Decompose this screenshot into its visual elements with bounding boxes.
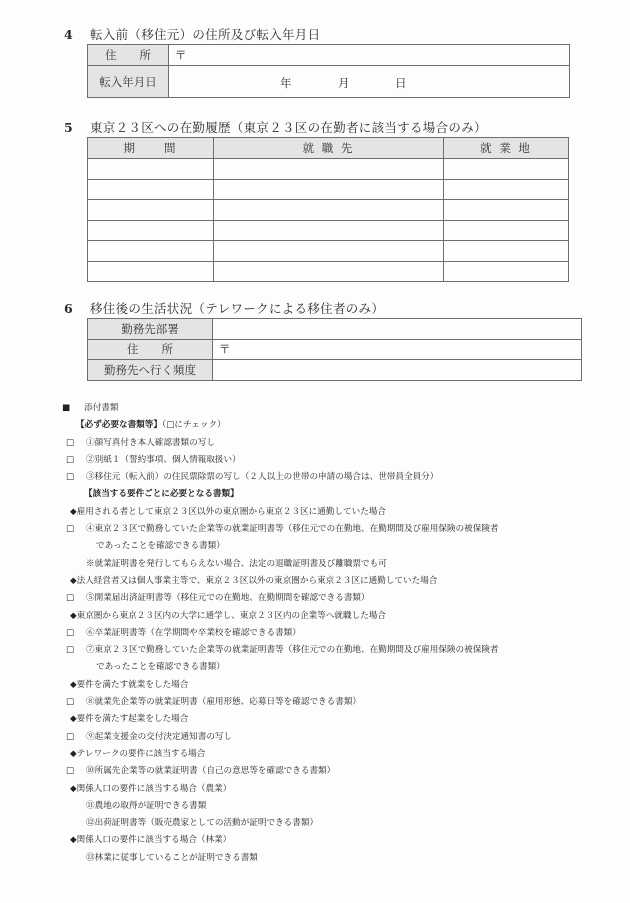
section-5-number: 5 — [64, 120, 90, 135]
prior-address-table: 住 所 〒 転入年月日 年 月 日 — [87, 44, 570, 98]
attachments-section: ■添付書類 【必ず必要な書類等】（□にチェック） □①顔写真付き本人確認書類の写… — [62, 400, 622, 867]
required-docs-note: （□にチェック） — [162, 420, 226, 430]
item-label: ⑥卒業証明書等（在学期間や卒業校を確認できる書類） — [86, 628, 301, 638]
item-note: ※就業証明書を発行してもらえない場合、法定の退職証明書及び離職票でも可 — [86, 559, 387, 569]
move-in-date-label: 転入年月日 — [88, 66, 169, 98]
column-period: 期 間 — [88, 138, 214, 159]
section-5-heading: 東京２３区への在勤履歴（東京２３区の在勤者に該当する場合のみ） — [90, 120, 487, 135]
section-6-heading: 移住後の生活状況（テレワークによる移住者のみ） — [90, 301, 384, 316]
condition-5: ◆要件を満たす起業をした場合 — [62, 711, 622, 728]
item-label: ④東京２３区で勤務していた企業等の就業証明書等（移住元での在勤地、在勤期間及び雇… — [86, 524, 499, 534]
checklist-item-7-continued: であったことを確認できる書類） — [62, 659, 622, 676]
checklist-item-2: □②別紙１（誓約事項、個人情報取扱い） — [62, 452, 622, 469]
day-label: 日 — [395, 75, 407, 91]
checklist-item-4: □④東京２３区で勤務していた企業等の就業証明書等（移住元での在勤地、在勤期間及び… — [62, 521, 622, 538]
table-row — [88, 220, 569, 241]
move-in-date-field[interactable]: 年 月 日 — [169, 66, 570, 98]
period-cell[interactable] — [88, 261, 214, 282]
diamond-bullet-icon: ◆ — [70, 749, 77, 759]
column-work-location: 就 業 地 — [444, 138, 569, 159]
condition-label: 要件を満たす起業をした場合 — [77, 714, 189, 724]
diamond-bullet-icon: ◆ — [70, 714, 77, 724]
work-location-cell[interactable] — [444, 241, 569, 262]
item-label-continued: であったことを確認できる書類） — [96, 662, 225, 672]
item-label: ①顔写真付き本人確認書類の写し — [86, 438, 215, 448]
item-label-continued: であったことを確認できる書類） — [96, 541, 225, 551]
attachments-heading-row: ■添付書類 — [62, 400, 622, 417]
checklist-item-3: □③移住元（転入前）の住民票除票の写し（２人以上の世帯の申請の場合は、世帯員全員… — [62, 469, 622, 486]
new-address-field[interactable]: 〒 — [213, 339, 582, 360]
condition-label: 関係人口の要件に該当する場合（林業） — [77, 835, 232, 845]
document-item-12: ⑫出荷証明書等（販売農家としての活動が証明できる書類） — [62, 815, 622, 832]
item-label: ⑬林業に従事していることが証明できる書類 — [86, 853, 258, 863]
item-label: ③移住元（転入前）の住民票除票の写し（２人以上の世帯の申請の場合は、世帯員全員分… — [86, 472, 438, 482]
prior-address-field[interactable]: 〒 — [169, 45, 570, 66]
period-cell[interactable] — [88, 220, 214, 241]
checkbox[interactable]: □ — [66, 521, 86, 538]
checklist-item-6: □⑥卒業証明書等（在学期間や卒業校を確認できる書類） — [62, 625, 622, 642]
condition-label: テレワークの要件に該当する場合 — [77, 749, 206, 759]
year-label: 年 — [280, 75, 292, 91]
diamond-bullet-icon: ◆ — [70, 680, 77, 690]
square-bullet-icon: ■ — [62, 403, 70, 413]
checklist-item-5: □⑤開業届出済証明書等（移住元での在勤地、在勤期間を確認できる書類） — [62, 590, 622, 607]
employer-cell[interactable] — [214, 200, 444, 221]
required-docs-heading: 【必ず必要な書類等】 — [76, 420, 162, 430]
diamond-bullet-icon: ◆ — [70, 835, 77, 845]
work-history-table: 期 間 就 職 先 就 業 地 — [87, 137, 569, 282]
condition-label: 要件を満たす就業をした場合 — [77, 680, 189, 690]
office-visit-frequency-field[interactable] — [213, 360, 582, 381]
condition-3: ◆東京圏から東京２３区内の大学に通学し、東京２３区内の企業等へ就職した場合 — [62, 608, 622, 625]
office-visit-frequency-label: 勤務先へ行く頻度 — [88, 360, 213, 381]
checkbox[interactable]: □ — [66, 642, 86, 659]
checkbox[interactable]: □ — [66, 694, 86, 711]
condition-6: ◆テレワークの要件に該当する場合 — [62, 746, 622, 763]
table-row — [88, 179, 569, 200]
item-label: ②別紙１（誓約事項、個人情報取扱い） — [86, 455, 241, 465]
department-field[interactable] — [213, 319, 582, 340]
checklist-item-4-note: ※就業証明書を発行してもらえない場合、法定の退職証明書及び離職票でも可 — [62, 556, 622, 573]
condition-1: ◆雇用される者として東京２３区以外の東京圏から東京２３区に通勤していた場合 — [62, 504, 622, 521]
item-label: ⑦東京２３区で勤務していた企業等の就業証明書等（移住元での在勤地、在勤期間及び雇… — [86, 645, 499, 655]
item-label: ⑧就業先企業等の就業証明書（雇用形態、応募日等を確認できる書類） — [86, 697, 361, 707]
section-5-title: 5東京２３区への在勤履歴（東京２３区の在勤者に該当する場合のみ） — [64, 118, 487, 136]
document-item-13: ⑬林業に従事していることが証明できる書類 — [62, 850, 622, 867]
condition-4: ◆要件を満たす就業をした場合 — [62, 677, 622, 694]
section-4-title: 4転入前（移住元）の住所及び転入年月日 — [64, 25, 320, 43]
item-label: ⑤開業届出済証明書等（移住元での在勤地、在勤期間を確認できる書類） — [86, 593, 370, 603]
checklist-item-10: □⑩所属先企業等の就業証明書（自己の意思等を確認できる書類） — [62, 763, 622, 780]
item-label: ⑫出荷証明書等（販売農家としての活動が証明できる書類） — [86, 818, 318, 828]
checkbox[interactable]: □ — [66, 729, 86, 746]
checkbox[interactable]: □ — [66, 452, 86, 469]
checklist-item-4-continued: であったことを確認できる書類） — [62, 538, 622, 555]
checkbox[interactable]: □ — [66, 435, 86, 452]
section-4-number: 4 — [64, 27, 90, 42]
section-6-number: 6 — [64, 301, 90, 316]
condition-label: 雇用される者として東京２３区以外の東京圏から東京２３区に通勤していた場合 — [77, 507, 386, 517]
work-location-cell[interactable] — [444, 179, 569, 200]
table-row — [88, 159, 569, 180]
conditional-docs-heading-row: 【該当する要件ごとに必要となる書類】 — [62, 486, 622, 503]
condition-8: ◆関係人口の要件に該当する場合（林業） — [62, 832, 622, 849]
condition-label: 東京圏から東京２３区内の大学に通学し、東京２３区内の企業等へ就職した場合 — [77, 611, 386, 621]
section-6-title: 6移住後の生活状況（テレワークによる移住者のみ） — [64, 299, 384, 317]
address-label: 住 所 — [88, 45, 169, 66]
work-location-cell[interactable] — [444, 261, 569, 282]
table-row — [88, 241, 569, 262]
department-label: 勤務先部署 — [88, 319, 213, 340]
checklist-item-9: □⑨起業支援金の交付決定通知書の写し — [62, 729, 622, 746]
checklist-item-1: □①顔写真付き本人確認書類の写し — [62, 435, 622, 452]
employer-cell[interactable] — [214, 179, 444, 200]
employer-cell[interactable] — [214, 261, 444, 282]
attachments-heading: 添付書類 — [84, 403, 118, 413]
new-address-label: 住 所 — [88, 339, 213, 360]
condition-2: ◆法人経営者又は個人事業主等で、東京２３区以外の東京圏から東京２３区に通勤してい… — [62, 573, 622, 590]
checklist-item-7: □⑦東京２３区で勤務していた企業等の就業証明書等（移住元での在勤地、在勤期間及び… — [62, 642, 622, 659]
employer-cell[interactable] — [214, 220, 444, 241]
condition-7: ◆関係人口の要件に該当する場合（農業） — [62, 781, 622, 798]
diamond-bullet-icon: ◆ — [70, 611, 77, 621]
work-location-cell[interactable] — [444, 200, 569, 221]
checkbox[interactable]: □ — [66, 763, 86, 780]
employer-cell[interactable] — [214, 159, 444, 180]
diamond-bullet-icon: ◆ — [70, 507, 77, 517]
checkbox[interactable]: □ — [66, 469, 86, 486]
table-row — [88, 261, 569, 282]
living-situation-table: 勤務先部署 住 所 〒 勤務先へ行く頻度 — [87, 318, 582, 381]
month-label: 月 — [338, 75, 350, 91]
item-label: ⑨起業支援金の交付決定通知書の写し — [86, 732, 232, 742]
conditional-docs-heading: 【該当する要件ごとに必要となる書類】 — [84, 489, 239, 499]
document-item-11: ⑪農地の取得が証明できる書類 — [62, 798, 622, 815]
condition-label: 関係人口の要件に該当する場合（農業） — [77, 784, 232, 794]
diamond-bullet-icon: ◆ — [70, 576, 77, 586]
required-docs-heading-row: 【必ず必要な書類等】（□にチェック） — [62, 417, 622, 434]
period-cell[interactable] — [88, 159, 214, 180]
item-label: ⑪農地の取得が証明できる書類 — [86, 801, 206, 811]
item-label: ⑩所属先企業等の就業証明書（自己の意思等を確認できる書類） — [86, 766, 335, 776]
checklist-item-8: □⑧就業先企業等の就業証明書（雇用形態、応募日等を確認できる書類） — [62, 694, 622, 711]
condition-label: 法人経営者又は個人事業主等で、東京２３区以外の東京圏から東京２３区に通勤していた… — [77, 576, 438, 586]
employer-cell[interactable] — [214, 241, 444, 262]
checkbox[interactable]: □ — [66, 625, 86, 642]
column-employer: 就 職 先 — [214, 138, 444, 159]
period-cell[interactable] — [88, 200, 214, 221]
period-cell[interactable] — [88, 179, 214, 200]
diamond-bullet-icon: ◆ — [70, 784, 77, 794]
table-row — [88, 200, 569, 221]
section-4-heading: 転入前（移住元）の住所及び転入年月日 — [90, 27, 320, 42]
work-location-cell[interactable] — [444, 159, 569, 180]
period-cell[interactable] — [88, 241, 214, 262]
checkbox[interactable]: □ — [66, 590, 86, 607]
work-location-cell[interactable] — [444, 220, 569, 241]
